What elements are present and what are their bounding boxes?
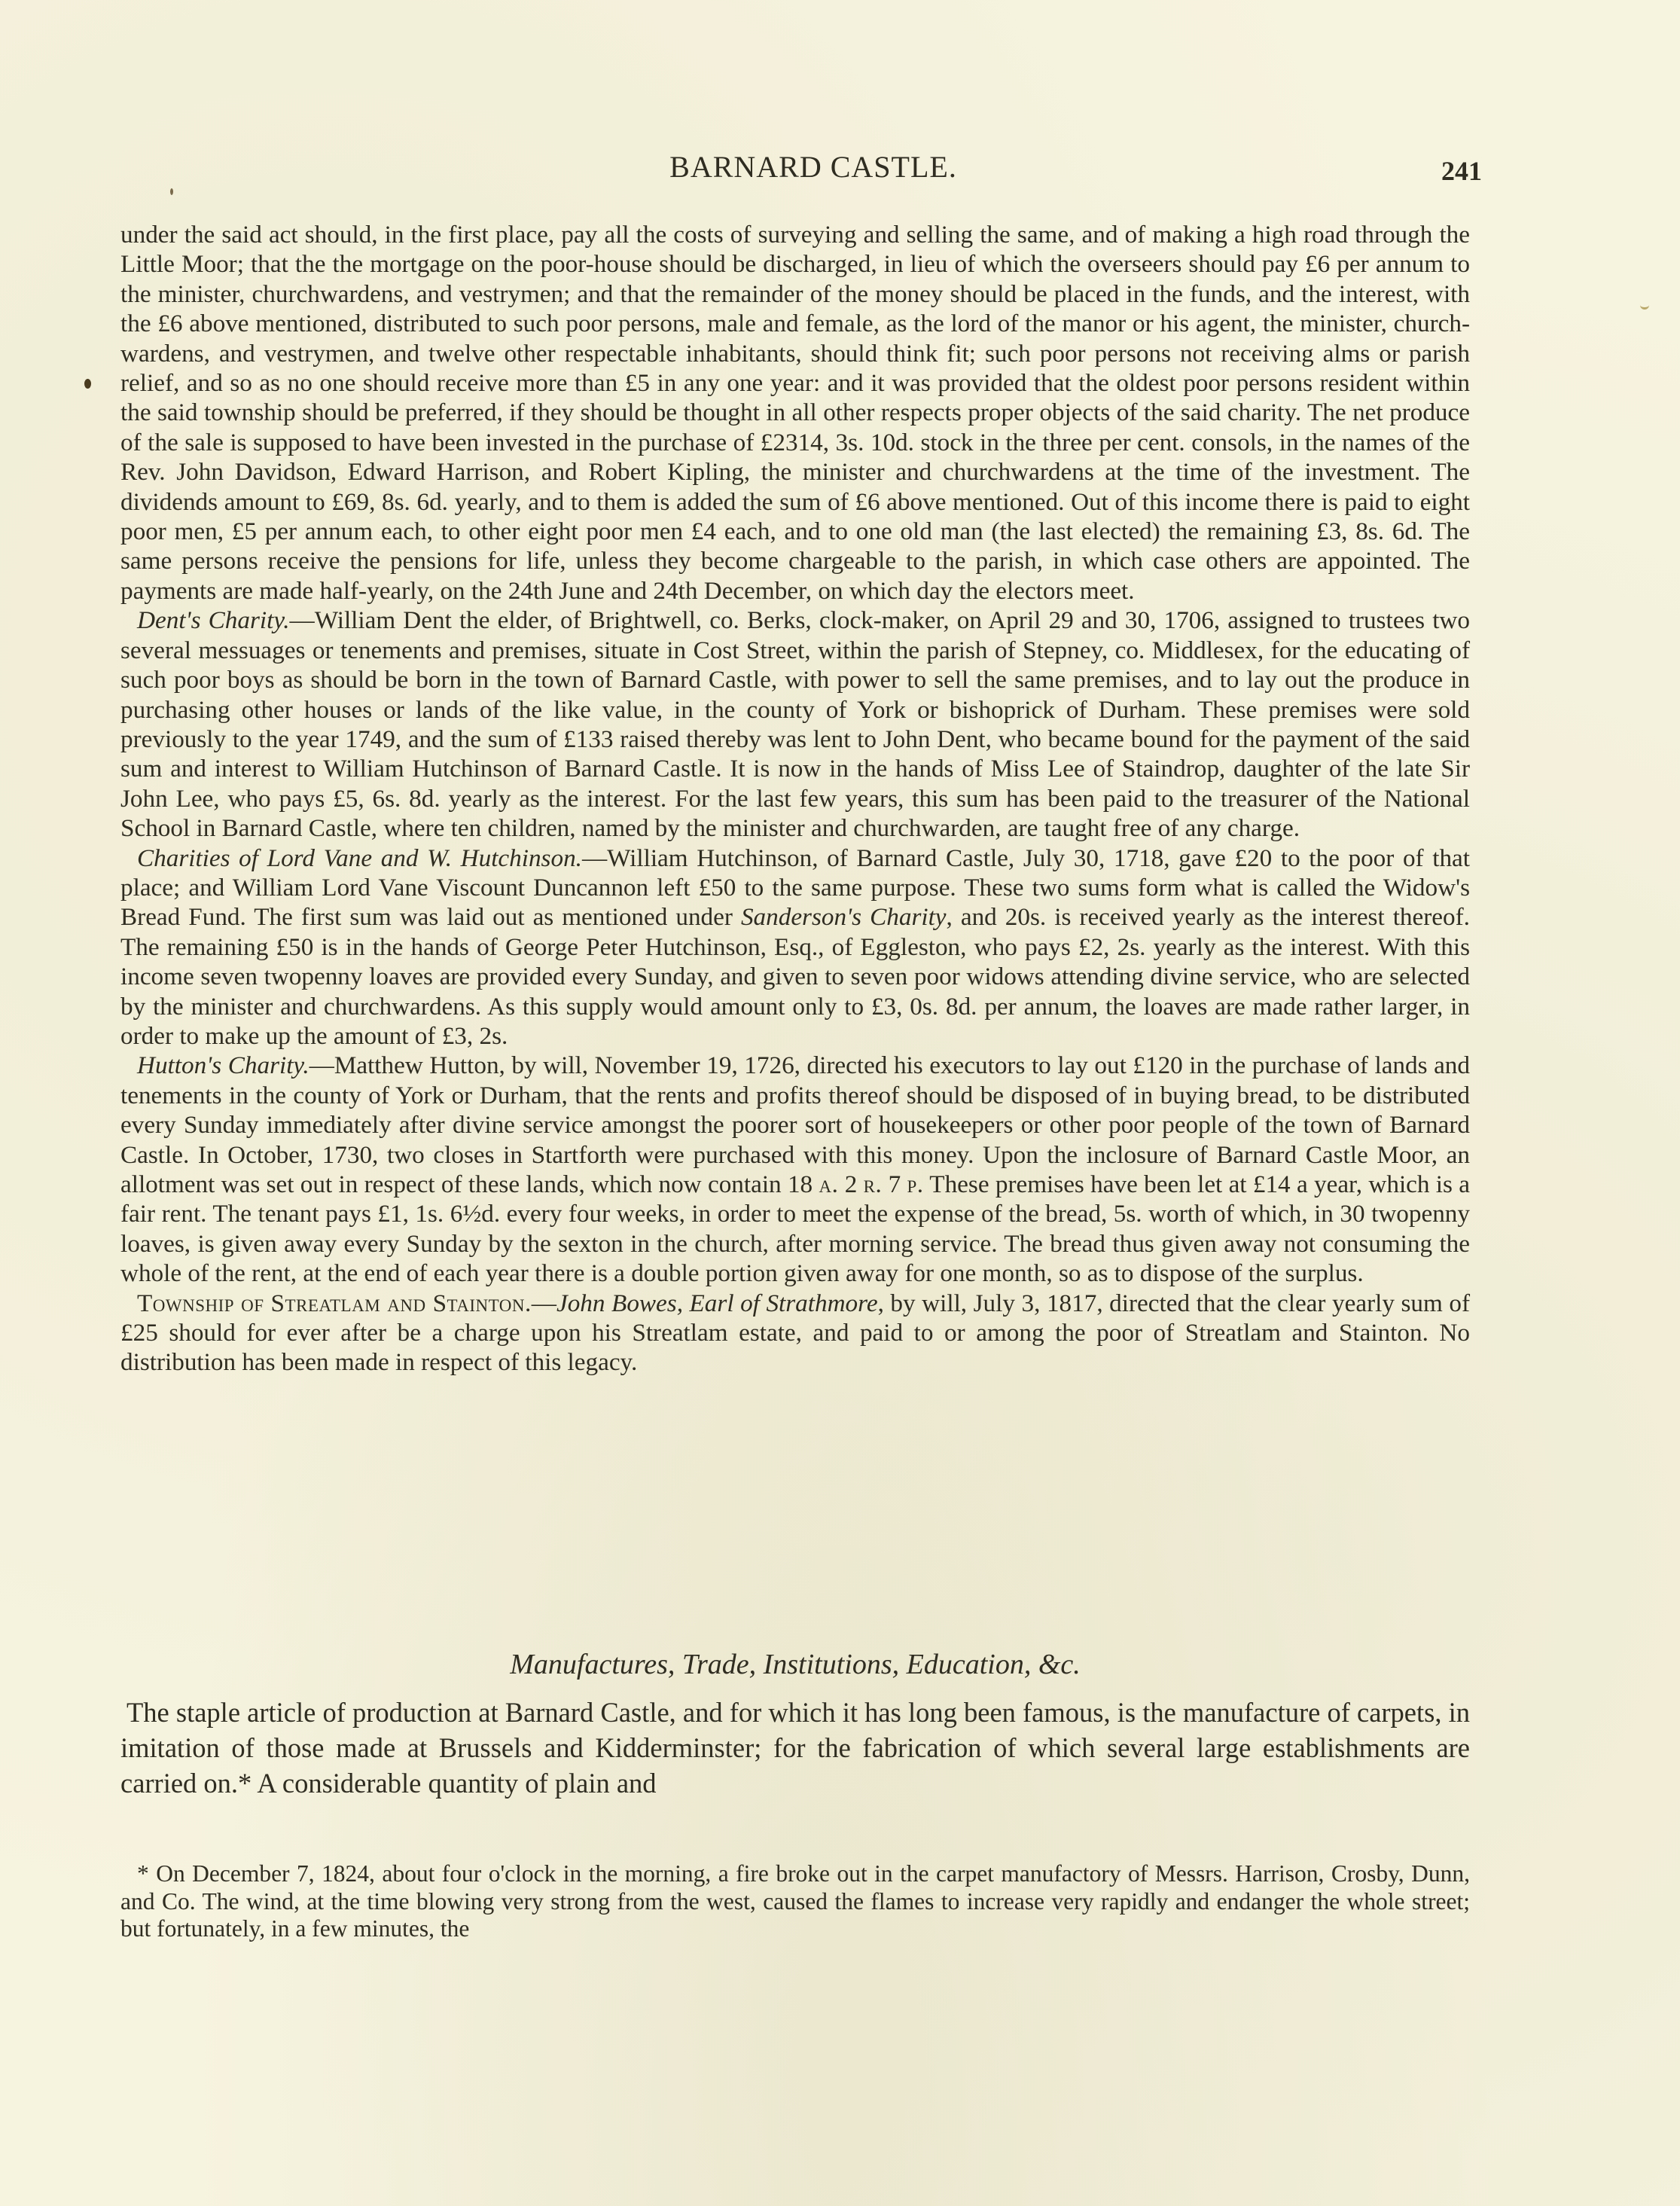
text-segment-italic: Dent's Charity. [137,606,290,634]
text-segment-smallcaps: Township of Streatlam and Stainton. [137,1289,532,1317]
text-segment-normal: under the said act should, in the first … [120,221,1470,605]
text-segment-italic: Sanderson's Charity [741,903,947,931]
paragraph-huttons-charity: Hutton's Charity.—Matthew Hutton, by wil… [120,1051,1470,1288]
text-segment-normal: 7 [882,1170,907,1198]
text-segment-smallcaps: r. [864,1170,883,1198]
paragraph-lord-vane-hutchinson-charities: Charities of Lord Vane and W. Hutchinson… [120,844,1470,1051]
ink-speck [170,188,173,195]
book-page: BARNARD CASTLE. 241 under the said act s… [0,0,1680,2206]
footnote-text: * On December 7, 1824, about four o'cloc… [120,1860,1470,1943]
text-segment-italic: Hutton's Charity. [137,1051,309,1079]
running-head: BARNARD CASTLE. 241 [120,149,1476,194]
text-segment-smallcaps: a. [819,1170,838,1198]
text-segment-normal: —William Dent the elder, of Brightwell, … [120,606,1470,842]
paragraph-dents-charity: Dent's Charity.—William Dent the elder, … [120,606,1470,843]
margin-mark [1640,303,1649,310]
ink-speck [84,379,91,389]
paragraph-commons-sale: under the said act should, in the first … [120,220,1470,606]
running-title: BARNARD CASTLE. [120,149,1476,185]
text-segment-normal: 2 [838,1170,863,1198]
section-heading: Manufactures, Trade, Institutions, Educa… [120,1648,1470,1681]
footnote: * On December 7, 1824, about four o'cloc… [120,1860,1470,1943]
text-segment-smallcaps: p. [907,1170,924,1198]
body-text: under the said act should, in the first … [120,220,1470,1378]
paragraph-streatlam-stainton: Township of Streatlam and Stainton.—John… [120,1289,1470,1378]
text-segment-italic: Charities of Lord Vane and W. Hutchinson… [137,844,582,872]
section-lead: The staple article of production at Barn… [120,1695,1470,1801]
lead-paragraph: The staple article of production at Barn… [120,1695,1470,1801]
text-segment-italic: John Bowes, Earl of Strathmore [556,1289,878,1317]
page-number: 241 [1441,155,1482,187]
text-segment-normal: — [532,1289,556,1317]
